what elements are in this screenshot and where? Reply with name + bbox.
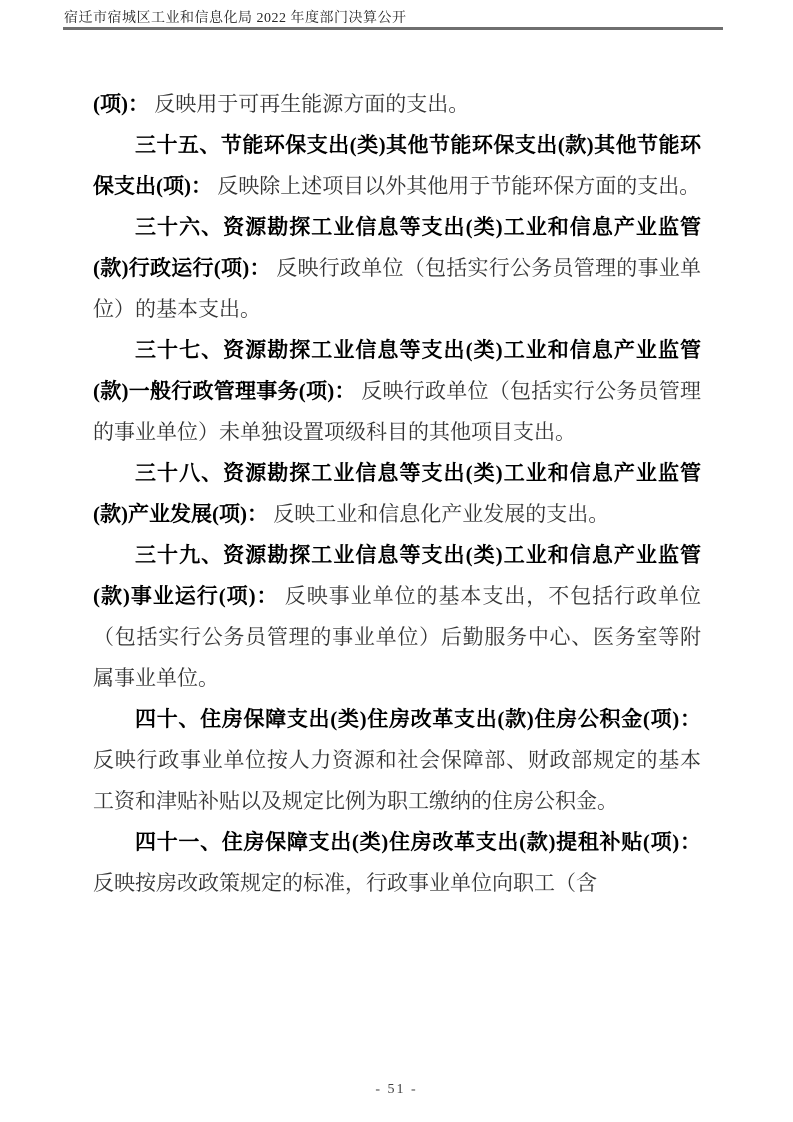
paragraph-40: 四十、住房保障支出(类)住房改革支出(款)住房公积金(项)： 反映行政事业单位按… (93, 699, 701, 822)
paragraph-38: 三十八、资源勘探工业信息等支出(类)工业和信息产业监管(款)产业发展(项)： 反… (93, 453, 701, 535)
paragraph-41: 四十一、住房保障支出(类)住房改革支出(款)提租补贴(项)： 反映按房改政策规定… (93, 822, 701, 904)
paragraph-37: 三十七、资源勘探工业信息等支出(类)工业和信息产业监管(款)一般行政管理事务(项… (93, 330, 701, 453)
page-footer: - 51 - (0, 1082, 793, 1098)
paragraph-36: 三十六、资源勘探工业信息等支出(类)工业和信息产业监管(款)行政运行(项)： 反… (93, 207, 701, 330)
paragraph-text: 反映用于可再生能源方面的支出。 (154, 92, 469, 116)
paragraph-heading: 四十、住房保障支出(类)住房改革支出(款)住房公积金(项)： (135, 707, 701, 731)
paragraph-text: 反映行政事业单位按人力资源和社会保障部、财政部规定的基本工资和津贴补贴以及规定比… (93, 748, 701, 813)
paragraph-text: 反映工业和信息化产业发展的支出。 (273, 502, 609, 526)
document-body: (项)： 反映用于可再生能源方面的支出。 三十五、节能环保支出(类)其他节能环保… (93, 84, 701, 904)
paragraph-heading: (项)： (93, 92, 149, 116)
paragraph-39: 三十九、资源勘探工业信息等支出(类)工业和信息产业监管(款)事业运行(项)： 反… (93, 535, 701, 699)
header-rule (63, 27, 723, 30)
page-number: - 51 - (375, 1082, 417, 1097)
header-title: 宿迁市宿城区工业和信息化局 2022 年度部门决算公开 (64, 7, 407, 27)
paragraph-35: 三十五、节能环保支出(类)其他节能环保支出(款)其他节能环保支出(项)： 反映除… (93, 125, 701, 207)
paragraph-continuation: (项)： 反映用于可再生能源方面的支出。 (93, 84, 701, 125)
paragraph-text: 反映除上述项目以外其他用于节能环保方面的支出。 (217, 174, 700, 198)
document-page: 宿迁市宿城区工业和信息化局 2022 年度部门决算公开 (项)： 反映用于可再生… (0, 0, 793, 1122)
paragraph-text: 反映按房改政策规定的标准，行政事业单位向职工（含 (93, 871, 597, 895)
paragraph-heading: 四十一、住房保障支出(类)住房改革支出(款)提租补贴(项)： (135, 830, 701, 854)
